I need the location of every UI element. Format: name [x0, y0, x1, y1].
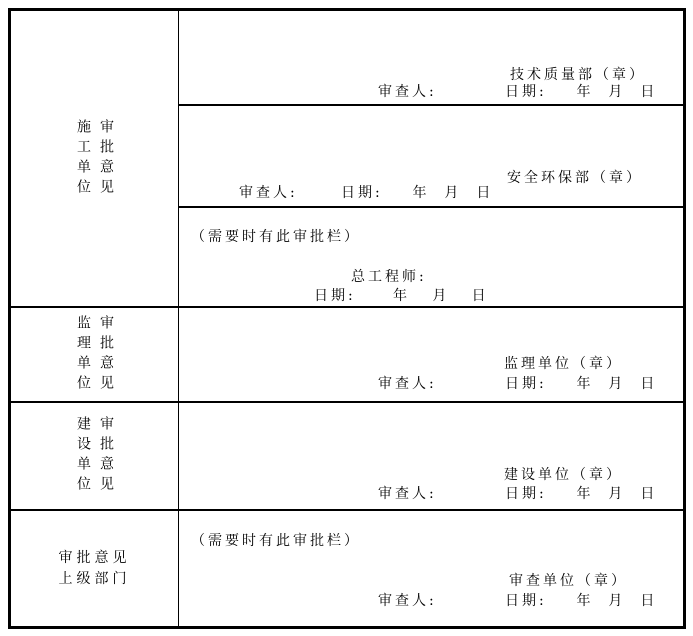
date-label: 日期: 年 月 日	[505, 377, 657, 391]
section-superior-department: 审批意见 上级部门 （需要时有此审批栏） 审查单位（章） 审查人: 日期: 年 …	[11, 511, 683, 626]
cell-owner-unit: 建设单位（章） 审查人: 日期: 年 月 日	[179, 403, 683, 509]
optional-approval-note: （需要时有此审批栏）	[191, 230, 361, 244]
section-construction-unit: 施工单位 审批意见 技术质量部（章） 审查人: 日期: 年 月 日 安全环保部（…	[11, 11, 683, 308]
section-label-owner-unit: 建设单位 审批意见	[11, 403, 179, 509]
chief-engineer-label: 总工程师:	[351, 270, 427, 284]
date-label: 日期: 年 月 日	[341, 186, 493, 200]
reviewer-label: 审查人:	[378, 487, 437, 501]
section-label-supervision-unit: 监理单位 审批意见	[11, 308, 179, 401]
construction-unit-cells: 技术质量部（章） 审查人: 日期: 年 月 日 安全环保部（章） 审查人: 日期…	[179, 11, 683, 306]
cell-superior-department: （需要时有此审批栏） 审查单位（章） 审查人: 日期: 年 月 日	[179, 511, 683, 626]
cell-safety-env-dept: 安全环保部（章） 审查人: 日期: 年 月 日	[179, 106, 683, 208]
section-label-line2: 上级部门	[59, 572, 131, 586]
section-label-line1: 审批意见	[59, 551, 131, 565]
owner-unit-cells: 建设单位（章） 审查人: 日期: 年 月 日	[179, 403, 683, 509]
owner-seal-label: 建设单位（章）	[504, 468, 623, 482]
approval-table: 施工单位 审批意见 技术质量部（章） 审查人: 日期: 年 月 日 安全环保部（…	[8, 8, 686, 629]
section-supervision-unit: 监理单位 审批意见 监理单位（章） 审查人: 日期: 年 月 日	[11, 308, 683, 403]
section-label-superior-department: 审批意见 上级部门	[11, 511, 179, 626]
tech-quality-seal-label: 技术质量部（章）	[510, 68, 646, 82]
date-label: 日期: 年 月 日	[505, 594, 657, 608]
date-label: 日期: 年 月 日	[505, 487, 657, 501]
supervision-seal-label: 监理单位（章）	[504, 357, 623, 371]
section-label-opinion-column: 审批意见	[99, 119, 113, 199]
section-label-construction-unit: 施工单位 审批意见	[11, 11, 179, 306]
safety-env-seal-label: 安全环保部（章）	[507, 171, 643, 185]
reviewer-label: 审查人:	[239, 186, 298, 200]
supervision-unit-cells: 监理单位（章） 审查人: 日期: 年 月 日	[179, 308, 683, 401]
section-owner-unit: 建设单位 审批意见 建设单位（章） 审查人: 日期: 年 月 日	[11, 403, 683, 511]
cell-supervision-unit: 监理单位（章） 审查人: 日期: 年 月 日	[179, 308, 683, 401]
approval-form-page: 施工单位 审批意见 技术质量部（章） 审查人: 日期: 年 月 日 安全环保部（…	[0, 0, 693, 636]
reviewer-label: 审查人:	[378, 594, 437, 608]
cell-tech-quality-dept: 技术质量部（章） 审查人: 日期: 年 月 日	[179, 11, 683, 106]
superior-department-cells: （需要时有此审批栏） 审查单位（章） 审查人: 日期: 年 月 日	[179, 511, 683, 626]
section-label-opinion-column: 审批意见	[99, 416, 113, 496]
reviewer-label: 审查人:	[378, 377, 437, 391]
date-label: 日期: 年 月 日	[505, 85, 657, 99]
section-label-opinion-column: 审批意见	[99, 315, 113, 395]
review-unit-seal-label: 审查单位（章）	[509, 574, 628, 588]
optional-approval-note: （需要时有此审批栏）	[191, 534, 361, 548]
date-label: 日期: 年 月 日	[314, 289, 489, 303]
section-label-unit-column: 施工单位	[76, 119, 90, 199]
section-label-unit-column: 建设单位	[76, 416, 90, 496]
reviewer-label: 审查人:	[378, 85, 437, 99]
cell-chief-engineer: （需要时有此审批栏） 总工程师: 日期: 年 月 日	[179, 208, 683, 306]
section-label-unit-column: 监理单位	[76, 315, 90, 395]
